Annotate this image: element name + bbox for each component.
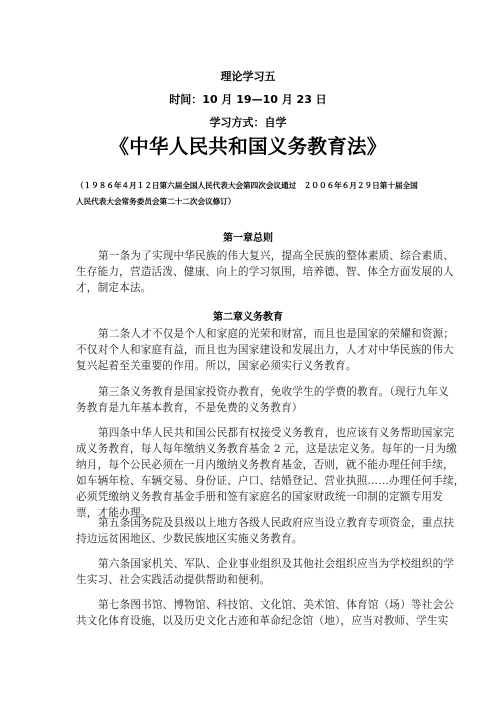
revision-note-line: （１９８６年４月１２日第六届全国人民代表大会第四次会议通过 ２００６年６月２９日… <box>76 178 426 194</box>
article-line: 生存能力，营造活泼、健康、向上的学习氛围，培养德、智、体全方面发展的人 <box>76 264 422 280</box>
article-line: 如车辆年检、车辆交易、身份证、户口、结婚登记、营业执照……办理任何手续， <box>76 473 422 489</box>
article-line: 第三条义务教育是国家投资办教育，免收学生的学费的教育。（现行九年义 <box>76 384 422 400</box>
article-line: 纳月，每个公民必须在一月内缴纳义务教育基金，否则，就不能办理任何手续， <box>76 457 422 473</box>
article-line: 持边远贫困地区、少数民族地区实施义务教育。 <box>76 531 422 547</box>
article-line: 第四条中华人民共和国公民都有权接受义务教育，也应该有义务帮助国家完 <box>76 425 422 441</box>
article-5: 第五条国务院及县级以上地方各级人民政府应当设立教育专项资金，重点扶 持边远贫困地… <box>76 515 422 547</box>
article-line: 第五条国务院及县级以上地方各级人民政府应当设立教育专项资金，重点扶 <box>76 515 422 531</box>
study-topic-heading: 理论学习五 <box>0 68 496 84</box>
revision-note: （１９８６年４月１２日第六届全国人民代表大会第四次会议通过 ２００６年６月２９日… <box>76 178 426 210</box>
article-line: 不仅对个人和家庭有益，而且也为国家建设和发展出力，人才对中华民族的伟大 <box>76 342 422 358</box>
document-page: 理论学习五 时间：10 月 19—10 月 23 日 学习方式：自学 《中华人民… <box>0 0 496 702</box>
article-7: 第七条图书馆、博物馆、科技馆、文化馆、美术馆、体育馆（场）等社会公 共文化体育设… <box>76 597 422 629</box>
article-line: 第七条图书馆、博物馆、科技馆、文化馆、美术馆、体育馆（场）等社会公 <box>76 597 422 613</box>
article-4: 第四条中华人民共和国公民都有权接受义务教育，也应该有义务帮助国家完 成义务教育，… <box>76 425 422 521</box>
article-2: 第二条人才不仅是个人和家庭的光荣和财富，而且也是国家的荣耀和资源； 不仅对个人和… <box>76 326 422 374</box>
study-time: 时间：10 月 19—10 月 23 日 <box>0 91 496 107</box>
article-line: 第二条人才不仅是个人和家庭的光荣和财富，而且也是国家的荣耀和资源； <box>76 326 422 342</box>
revision-note-line: 人民代表大会常务委员会第二十二次会议修订） <box>76 194 426 210</box>
article-line: 才，制定本法。 <box>76 280 422 296</box>
document-title: 《中华人民共和国义务教育法》 <box>0 131 496 159</box>
article-line: 务教育是九年基本教育，不是免费的义务教育） <box>76 400 422 416</box>
study-method: 学习方式：自学 <box>0 114 496 130</box>
article-line: 生实习、社会实践活动提供帮助和便利。 <box>76 572 422 588</box>
article-line: 复兴起着至关重要的作用。所以，国家必须实行义务教育。 <box>76 358 422 374</box>
article-line: 必须凭缴纳义务教育基金手册和签有家庭名的国家财政统一印制的定额专用发 <box>76 489 422 505</box>
chapter-2-title: 第二章义务教育 <box>0 308 496 323</box>
article-line: 成义务教育，每人每年缴纳义务教育基金 2 元，这是法定义务。每年的一月为缴 <box>76 441 422 457</box>
chapter-1-title: 第一章总则 <box>0 229 496 244</box>
article-3: 第三条义务教育是国家投资办教育，免收学生的学费的教育。（现行九年义 务教育是九年… <box>76 384 422 416</box>
article-1: 第一条为了实现中华民族的伟大复兴，提高全民族的整体素质、综合素质、 生存能力，营… <box>76 248 422 296</box>
article-6: 第六条国家机关、军队、企业事业组织及其他社会组织应当为学校组织的学 生实习、社会… <box>76 556 422 588</box>
article-line: 第六条国家机关、军队、企业事业组织及其他社会组织应当为学校组织的学 <box>76 556 422 572</box>
article-line: 第一条为了实现中华民族的伟大复兴，提高全民族的整体素质、综合素质、 <box>76 248 422 264</box>
article-line: 共文化体育设施，以及历史文化古迹和革命纪念馆（地），应当对教师、学生实 <box>76 613 422 629</box>
